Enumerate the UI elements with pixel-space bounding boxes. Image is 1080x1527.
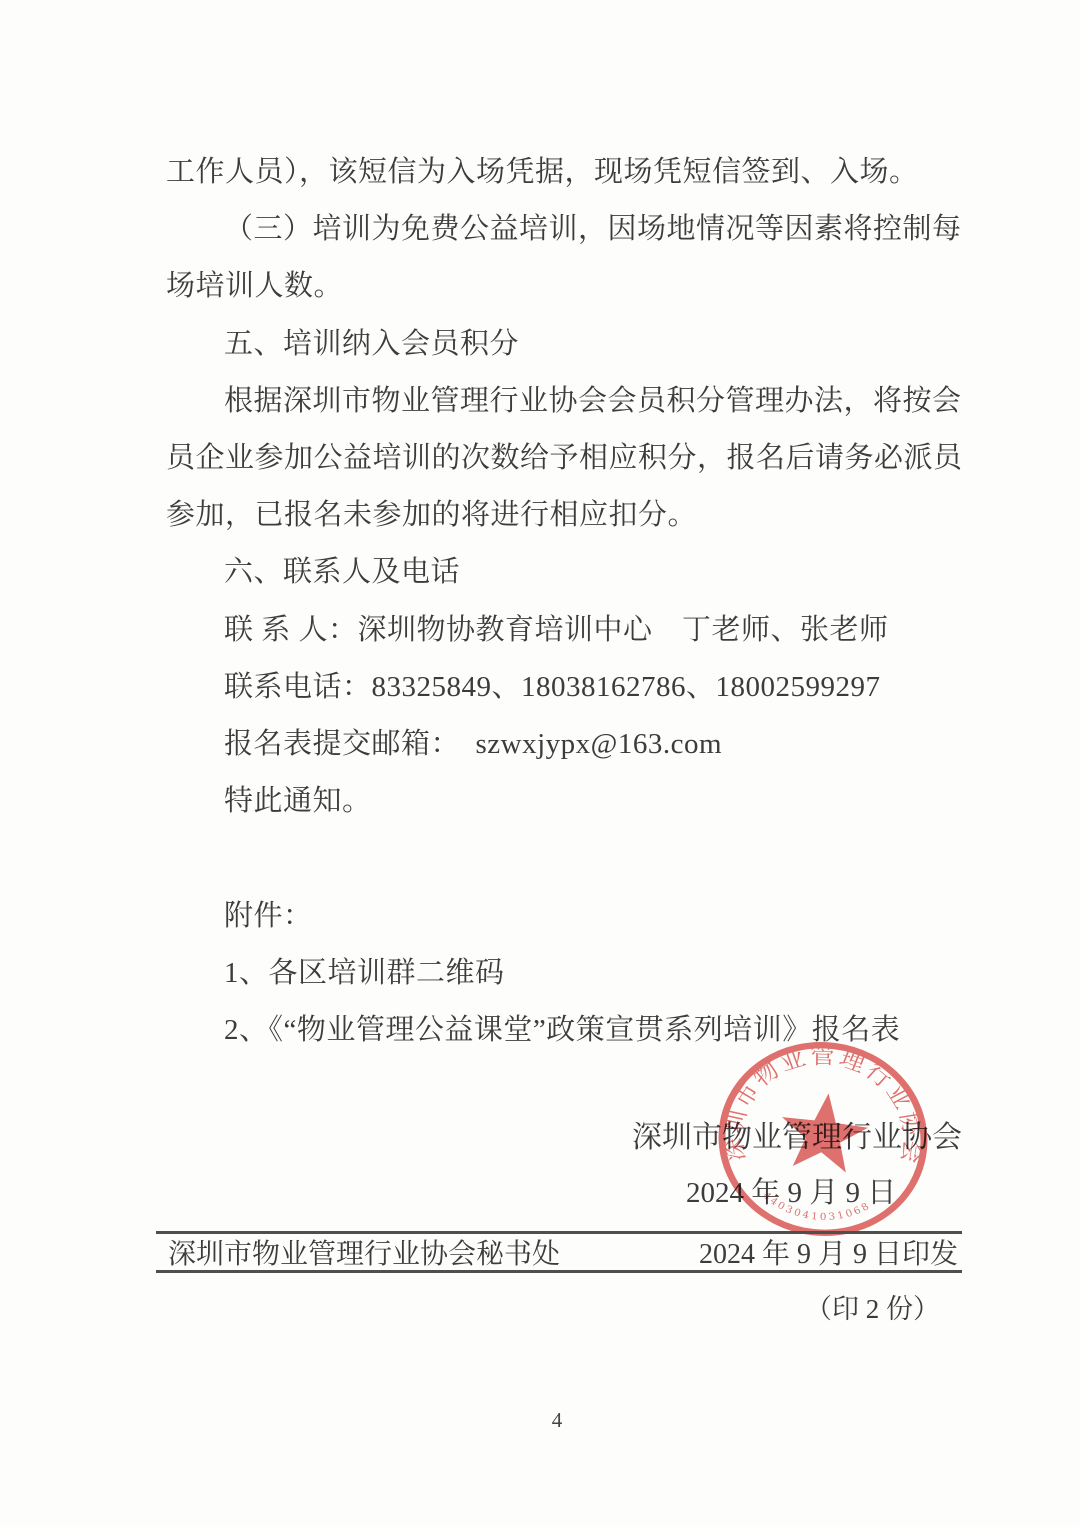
document-page: 工作人员），该短信为入场凭据，现场凭短信签到、入场。（三）培训为免费公益培训，因… — [0, 0, 1080, 1527]
body-line: 员企业参加公益培训的次数给予相应积分，报名后请务必派员 — [166, 443, 966, 473]
body-line: 特此通知。 — [224, 786, 966, 816]
body-line: 五、培训纳入会员积分 — [224, 329, 966, 359]
copies-note: （印 2 份） — [156, 1287, 940, 1326]
body-line: 参加，已报名未参加的将进行相应扣分。 — [166, 500, 966, 530]
body-line: 联系电话：83325849、18038162786、18002599297 — [224, 672, 966, 702]
body-line: 附件： — [224, 901, 966, 931]
colophon-band: 深圳市物业管理行业协会秘书处 2024 年 9 月 9 日印发 — [156, 1231, 962, 1273]
colophon-print-date: 2024 年 9 月 9 日印发 — [699, 1232, 958, 1272]
body-line: 1、各区培训群二维码 — [224, 958, 966, 988]
colophon-issuer: 深圳市物业管理行业协会秘书处 — [168, 1232, 560, 1272]
body-line: （三）培训为免费公益培训，因场地情况等因素将控制每 — [224, 214, 966, 244]
body-line: 工作人员），该短信为入场凭据，现场凭短信签到、入场。 — [166, 157, 966, 187]
official-seal-stamp: 深圳市物业管理行业协会 4403041031068 — [703, 1025, 944, 1252]
page-number: 4 — [497, 1408, 617, 1433]
body-line: 联 系 人：深圳物协教育培训中心 丁老师、张老师 — [224, 615, 966, 645]
body-line: 场培训人数。 — [166, 271, 966, 301]
body-line: 六、联系人及电话 — [224, 557, 966, 587]
body-line: 根据深圳市物业管理行业协会会员积分管理办法，将按会 — [224, 386, 966, 416]
body-line: 报名表提交邮箱： szwxjypx@163.com — [224, 729, 966, 759]
stamp-star — [776, 1088, 871, 1174]
